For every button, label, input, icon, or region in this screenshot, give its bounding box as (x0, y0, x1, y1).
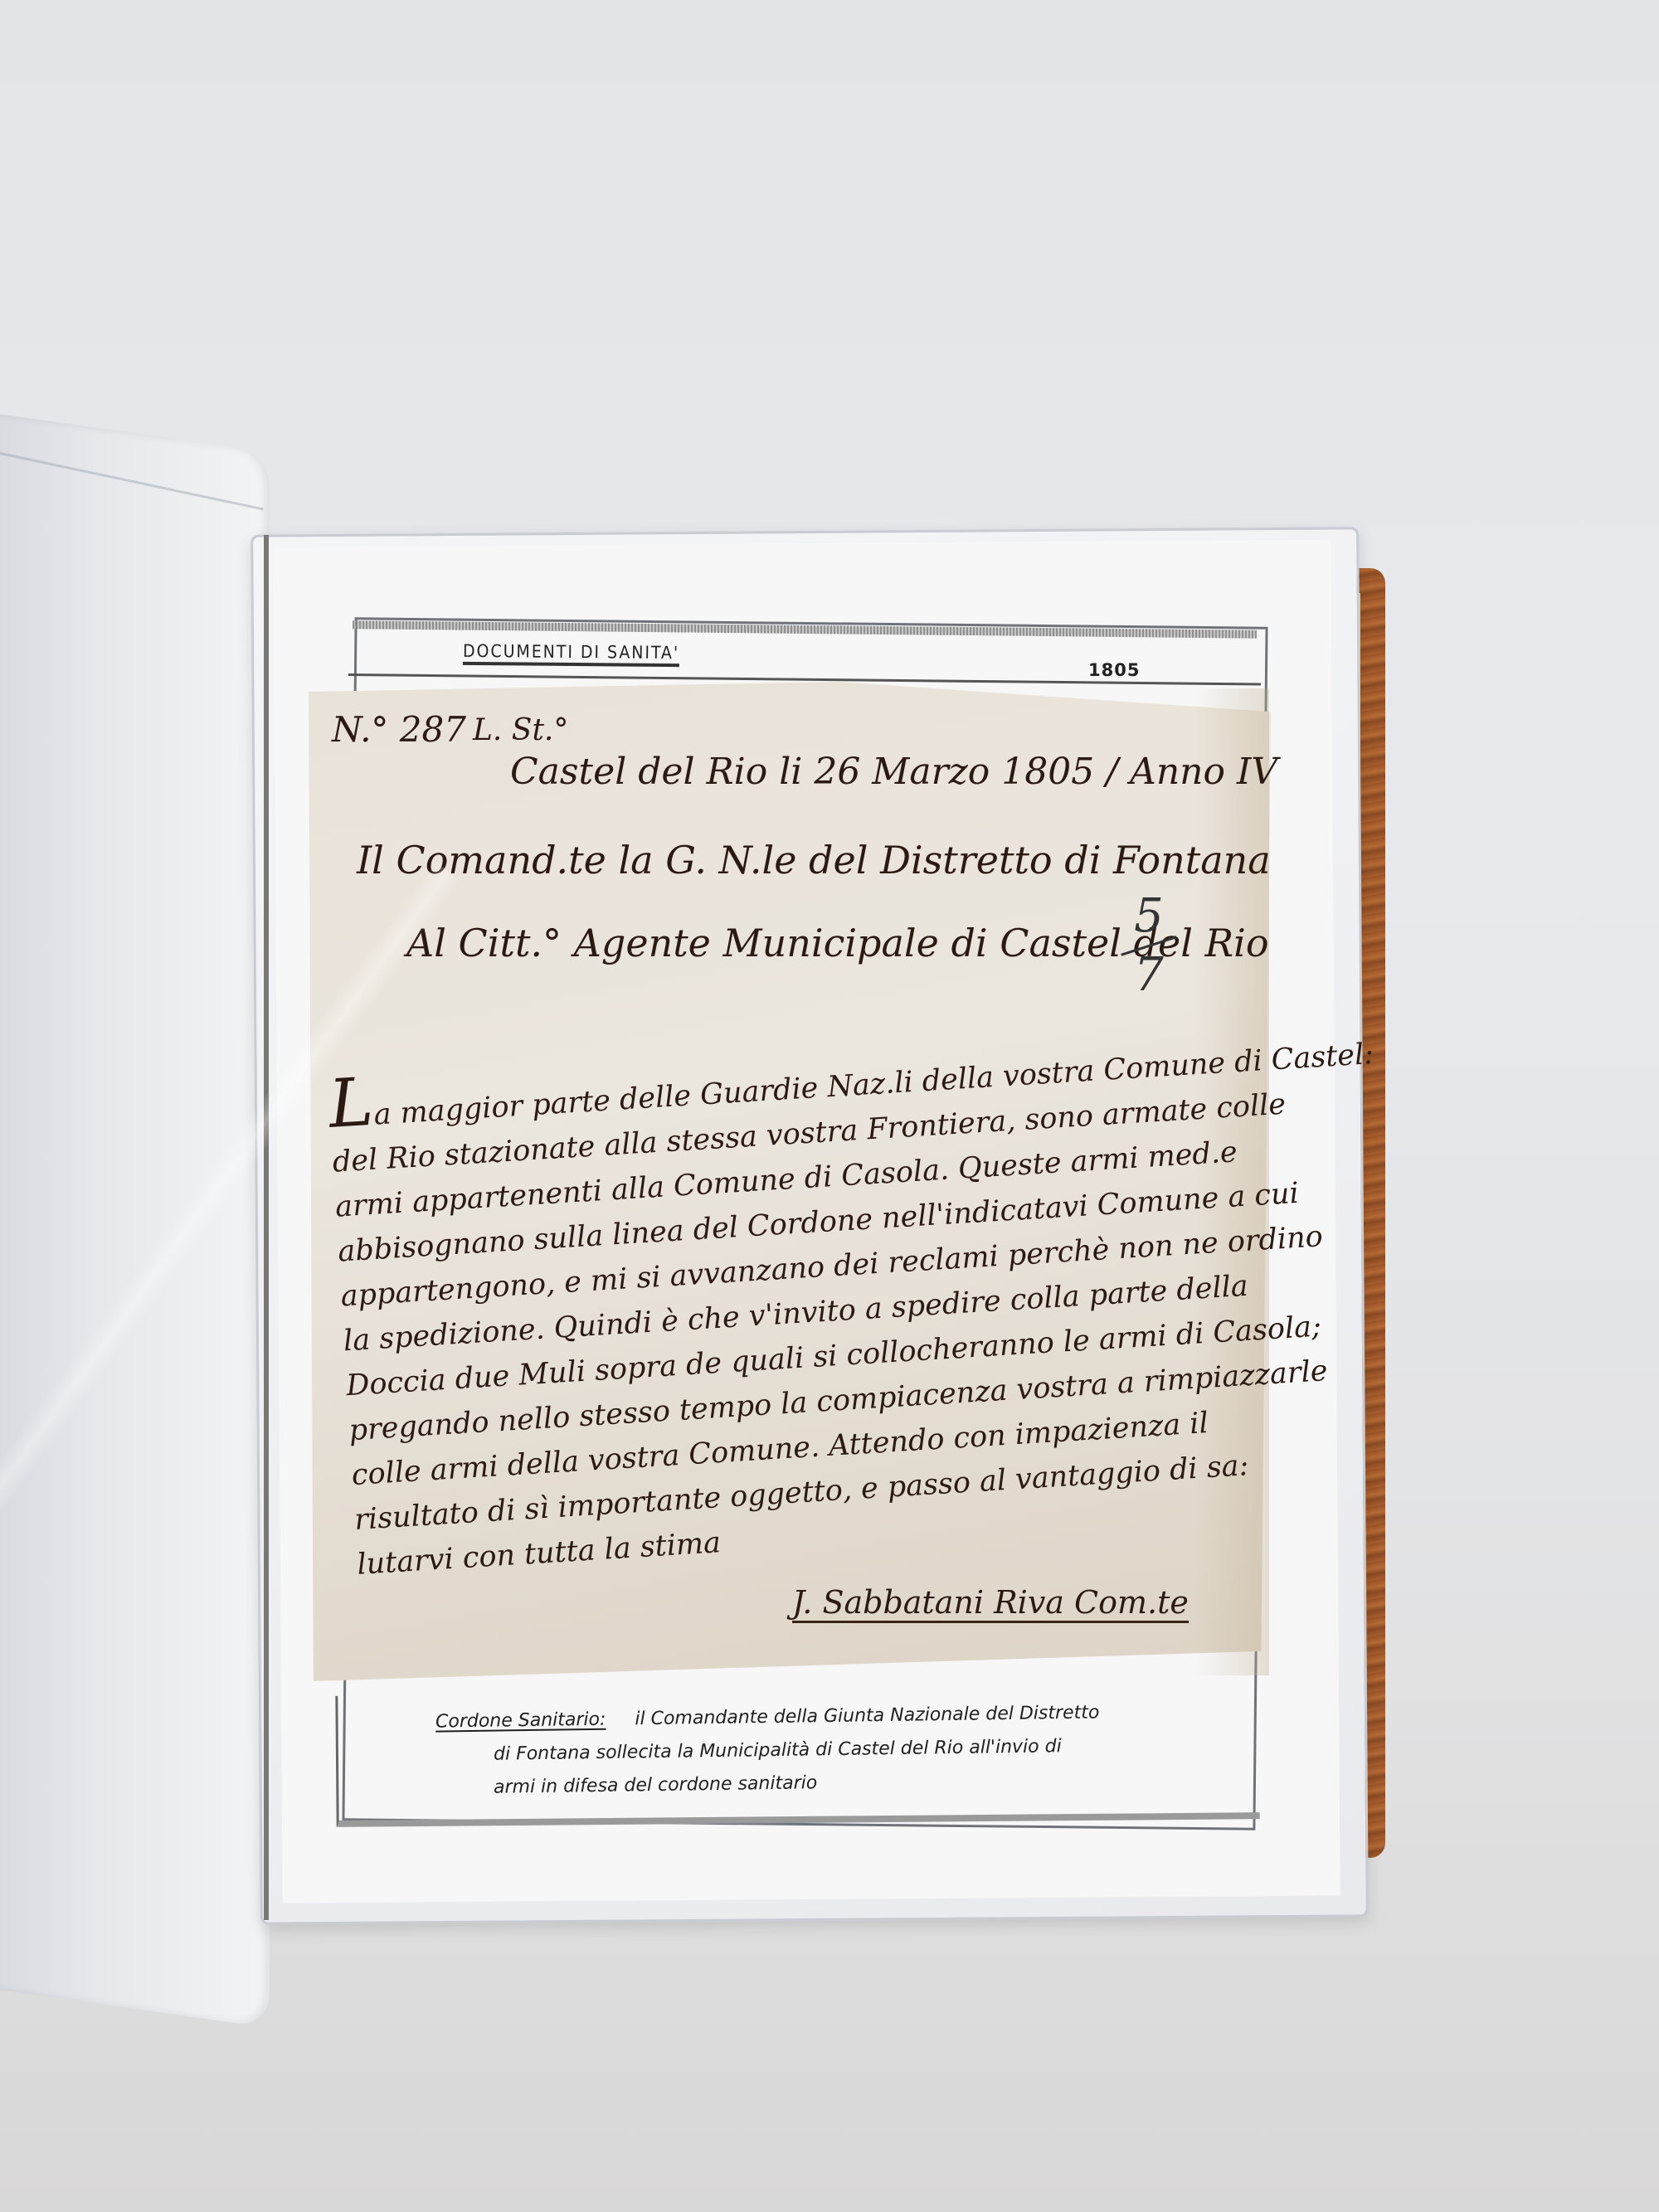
page-year: 1805 (1088, 660, 1140, 680)
page-title: DOCUMENTI DI SANITA' (463, 641, 679, 667)
letter-number: N.° 287 (332, 709, 466, 750)
fraction-top: 5 (1134, 889, 1164, 943)
letter-signature: J. Sabbatani Riva Com.te (792, 1584, 1189, 1623)
letter-abbreviation: L. St.° (473, 713, 568, 747)
letter-sender: Il Comand.te la G. N.le del Distretto di… (357, 838, 1271, 882)
letter-body: La maggior parte delle Guardie Naz.li de… (328, 1026, 1277, 1587)
caption-label: Cordone Sanitario: (435, 1709, 606, 1733)
fraction-mark: 5 7 (1120, 892, 1178, 1000)
letter-dateline: Castel del Rio li 26 Marzo 1805 / Anno I… (510, 751, 1277, 793)
fraction-bottom: 7 (1134, 948, 1164, 1002)
album-spine-gap (264, 535, 269, 1920)
left-album-page (0, 412, 270, 2028)
